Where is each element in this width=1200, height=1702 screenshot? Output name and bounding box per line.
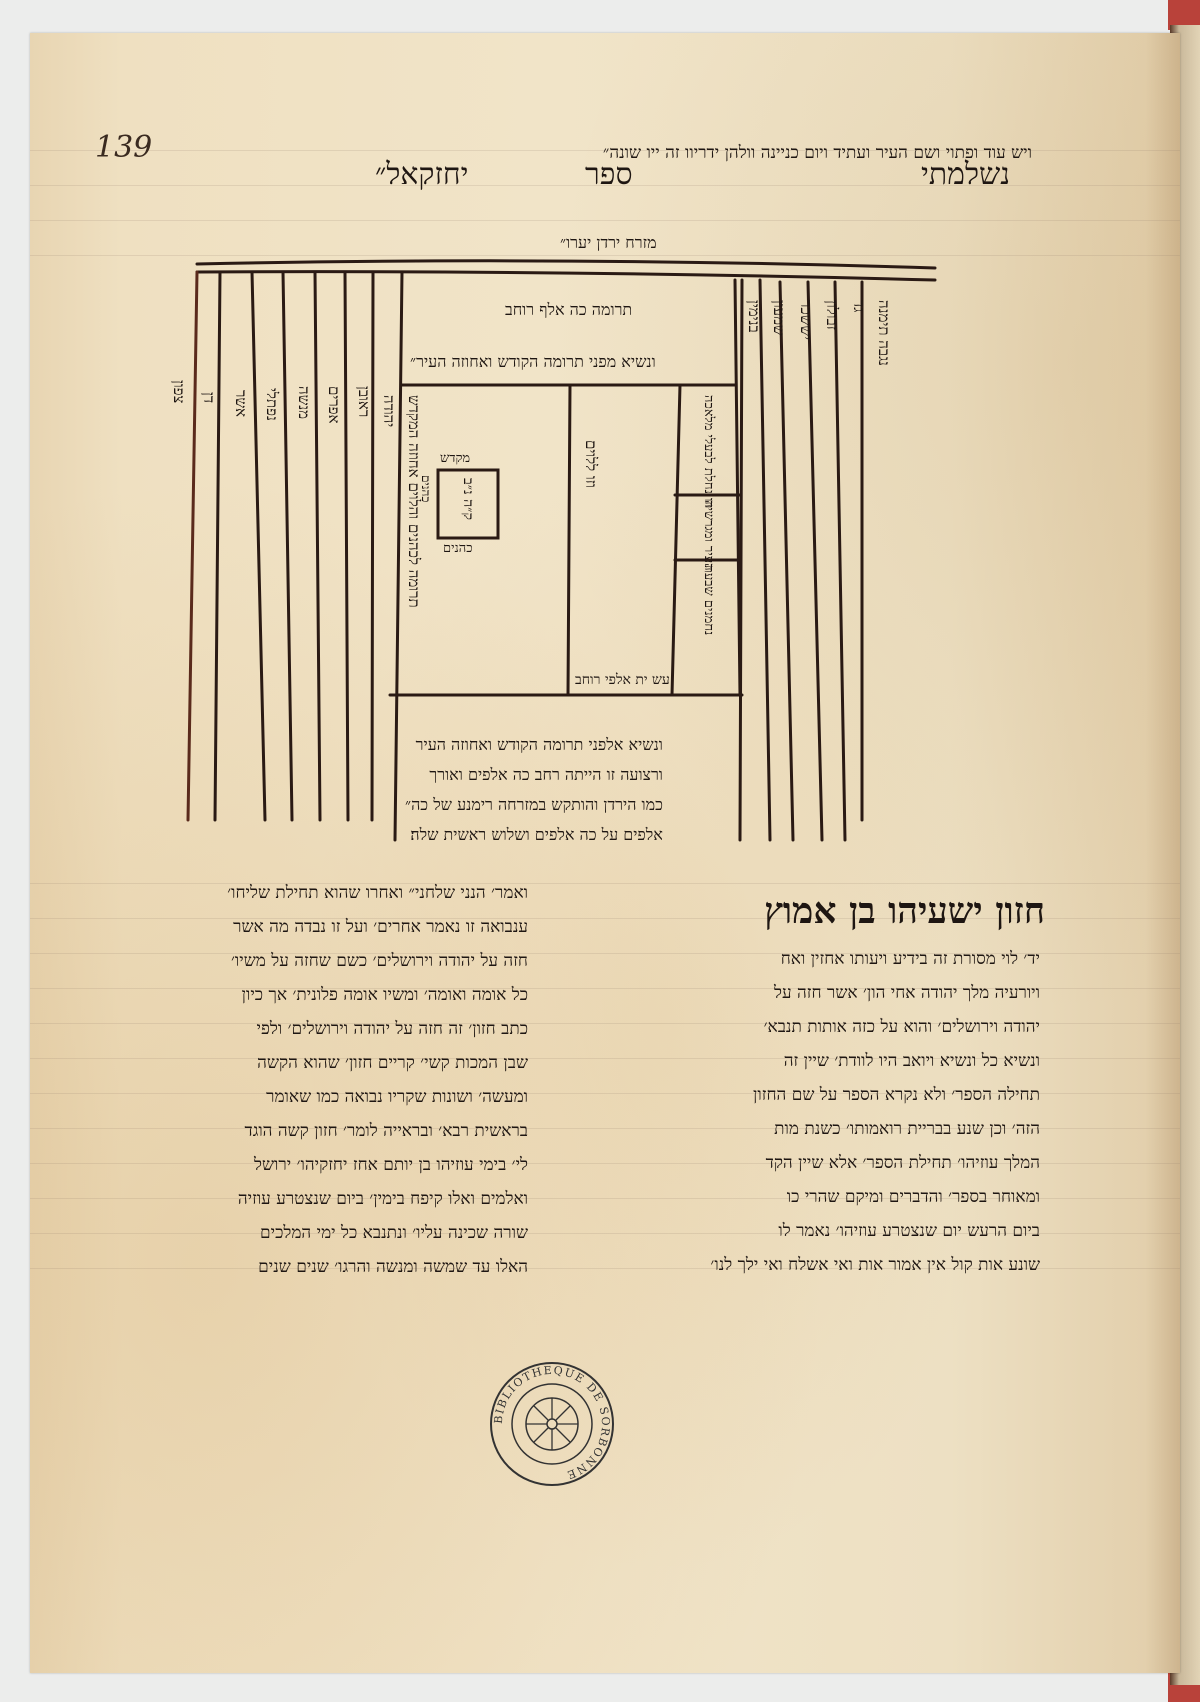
tribe-label-menashe: מנשה	[295, 386, 313, 419]
tribe-label-yissachar: יששכר	[797, 300, 815, 340]
text-line: בראשית רבא׳ ובראייה לומר׳ חזון קשה הוגד	[188, 1114, 528, 1148]
right-sub-top-label: וזו נחלת לבעלי מלאכה	[700, 395, 716, 508]
diagram-bottom-line: ורצועה זו הייתה רחב כה אלפים ואורך	[405, 760, 663, 790]
tribe-label-naftali: נפתלי	[263, 388, 281, 421]
diagram-bottom-line: אלפים על כה אלפים ושלוש ראשית שלה׃	[405, 820, 663, 850]
text-line: יהודה וירושלים׳ והוא על כזה אותות תנבא׳	[685, 1010, 1040, 1044]
right-text-column: יד׳ לוי מסורת זה בידיע ויעותו אחזין ואח …	[685, 942, 1040, 1282]
diagram-bottom-line: ונשיא אלפני תרומה הקודש ואחוזה העיר	[405, 730, 663, 760]
text-line: שבן המכות קשי׳ קריים חזון׳ שהוא הקשה	[188, 1046, 528, 1080]
top-band-label: תרומה כה אלף רוחב	[505, 300, 632, 320]
tribe-label-dan: דן	[200, 392, 218, 403]
far-left-label: צפון	[170, 380, 188, 403]
inner-box-bottom-label: כהנים	[443, 540, 473, 556]
text-line: האלו עד שמשה ומנשה והרגו׳ שנים שנים	[188, 1250, 528, 1284]
text-line: יד׳ לוי מסורת זה בידיע ויעותו אחזין ואח	[685, 942, 1040, 976]
middle-column-label: וזו ללוים	[582, 440, 600, 488]
text-line: ואלמים ואלו קיפח בימין׳ ביום שנצטרע עוזי…	[188, 1182, 528, 1216]
tribe-label-gad: גד	[850, 300, 868, 312]
tribe-label-asher: אשר	[232, 390, 250, 417]
text-line: הזה׳ וכן שנע בבריית רואמותו׳ כשנת מות	[685, 1112, 1040, 1146]
right-sub-low-label: נחמנים שבעת	[700, 565, 716, 635]
inner-box-center-label: ק״ה נ״ב	[460, 478, 476, 520]
tribe-label-shimon: שמעון	[770, 300, 788, 336]
tribe-label-zevulun: זבולון	[823, 300, 841, 330]
text-line: שורה שכינה עליו׳ ונתנבא כל ימי המלכים	[188, 1216, 528, 1250]
tribe-label-ephraim: אפרים	[325, 386, 343, 424]
tribe-label-yehuda: יהודה	[380, 395, 398, 427]
bottom-small-label: עש ית אלפי רוחב	[575, 672, 670, 689]
diagram-bottom-line: כמו הירדן והותקש במזרחה רימנע של כה״	[405, 790, 663, 820]
text-line: ומאוחר בספר׳ והדברים ומיקם שהרי כו	[685, 1180, 1040, 1214]
right-sub-mid-label: העיר ומגרשיה	[700, 500, 716, 571]
tribe-label-binyamin: בנימין	[745, 300, 763, 333]
sorbonne-library-stamp: BIBLIOTHEQUE DE SORBONNE	[488, 1360, 616, 1488]
diagram-bottom-text: ונשיא אלפני תרומה הקודש ואחוזה העיר ורצו…	[405, 730, 663, 850]
inner-box-side-label: כהנים	[418, 475, 433, 502]
text-line: ענבואה זו נאמר אחרים׳ ועל זו נבדה מה אשר	[188, 910, 528, 944]
text-line: תחילה הספר׳ ולא נקרא הספר על שם החזון	[685, 1078, 1040, 1112]
text-line: שונע אות קול אין אמור אות ואי אשלח ואי י…	[685, 1248, 1040, 1282]
left-text-column: ואמר׳ הנני שלחני״ ואחרו שהוא תחילת שליחו…	[188, 876, 528, 1284]
text-line: ואמר׳ הנני שלחני״ ואחרו שהוא תחילת שליחו…	[188, 876, 528, 910]
text-line: לי׳ בימי עוזיהו בן יותם אחז יחזקיהו׳ ירו…	[188, 1148, 528, 1182]
text-line: חזה על יהודה וירושלים׳ כשם שחזה על משיו׳	[188, 944, 528, 978]
text-line: ומעשה׳ ושונות שקריו נבואה כמו שאומר	[188, 1080, 528, 1114]
tribe-label-reuven: ראובן	[355, 386, 373, 417]
inner-box-top-label: מקדש	[440, 450, 470, 466]
text-line: כתב חזון׳ זה חזה על יהודה וירושלים׳ ולפי	[188, 1012, 528, 1046]
far-right-label: נגבה תימנה	[875, 300, 893, 366]
text-line: המלך עוזיהו׳ תחילת הספר׳ אלא שיין הקד	[685, 1146, 1040, 1180]
section-heading: חזון ישעיהו בן אמוץ	[764, 890, 1045, 932]
text-line: ויורעיה מלך יהודה אחי הון׳ אשר חזה על	[685, 976, 1040, 1010]
text-line: ביום הרעש יום שנצטרע עוזיהו׳ נאמר לו	[685, 1214, 1040, 1248]
upper-strip-label: ונשיא מפני תרומה הקודש ואחוזה העיר״	[410, 352, 656, 372]
text-line: ונשיא כל ונשיא ויואב היו לוודת׳ שיין זה	[685, 1044, 1040, 1078]
text-line: כל אומה ואומה׳ ומשיו אומה פלונית׳ אך כיו…	[188, 978, 528, 1012]
